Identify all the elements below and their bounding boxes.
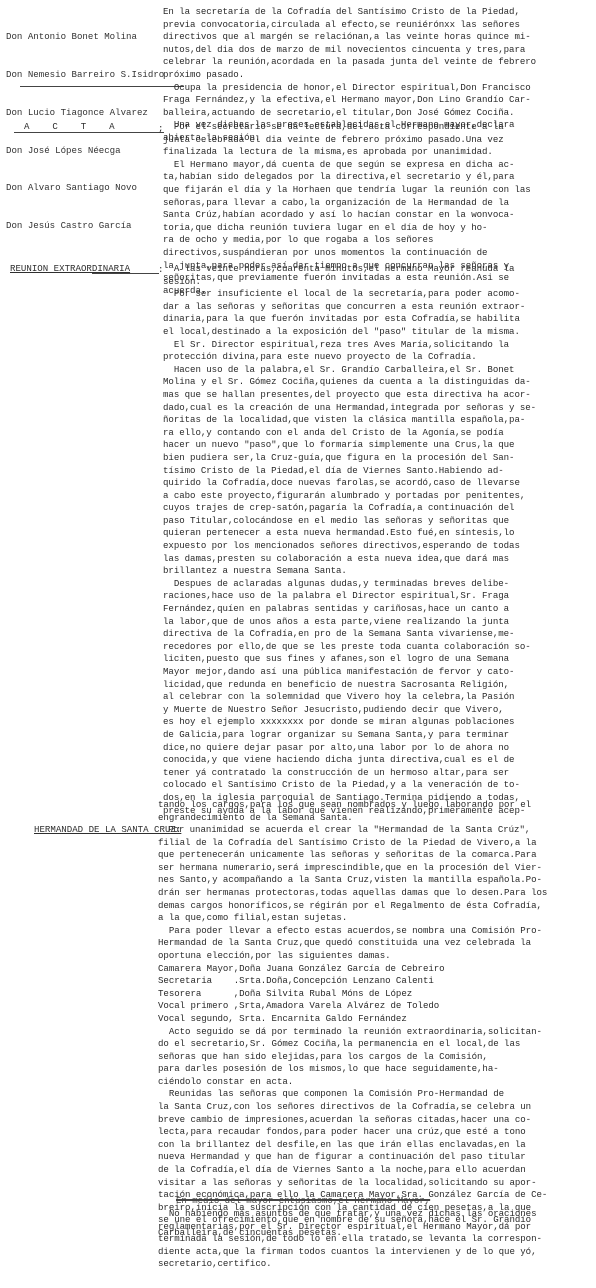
struck-through-line: En medio del mayor entusiasmo,el Hermano…	[176, 1195, 430, 1208]
reunion-underline	[92, 273, 159, 274]
margin-label-hermandad: HERMANDAD DE LA SANTA CRUZ:	[34, 824, 181, 837]
attendee: Don Antonio Bonet Molina	[6, 31, 164, 44]
attendee: Don Jesús Castro García	[6, 220, 164, 233]
attendee: Don José Lópes Néecga	[6, 145, 164, 158]
attendee-divider-rule	[20, 86, 184, 87]
continuation-text: tando los cargos,para los que sean nombr…	[158, 799, 531, 824]
hermandad-section-text: filial de la Cofradía del Santísimo Cris…	[158, 837, 547, 1240]
reunion-section-text: A las veinte horas,cuarenta minutos,el H…	[163, 263, 536, 817]
typewritten-minutes-page: Don Antonio Bonet Molina Don Nemesio Bar…	[0, 0, 596, 1288]
attendee: Don Alvaro Santiago Novo	[6, 182, 164, 195]
closing-paragraph: No habiendo más asuntos de que tratar,y …	[158, 1208, 542, 1271]
hermandad-first-line: Por unanimidad se acuerda el crear la "H…	[168, 824, 530, 837]
attendee: Don Nemesio Barreiro S.Isidro	[6, 69, 164, 82]
attendee: Don Lucio Tiagonce Alvarez	[6, 107, 164, 120]
acta-underline	[14, 132, 164, 133]
